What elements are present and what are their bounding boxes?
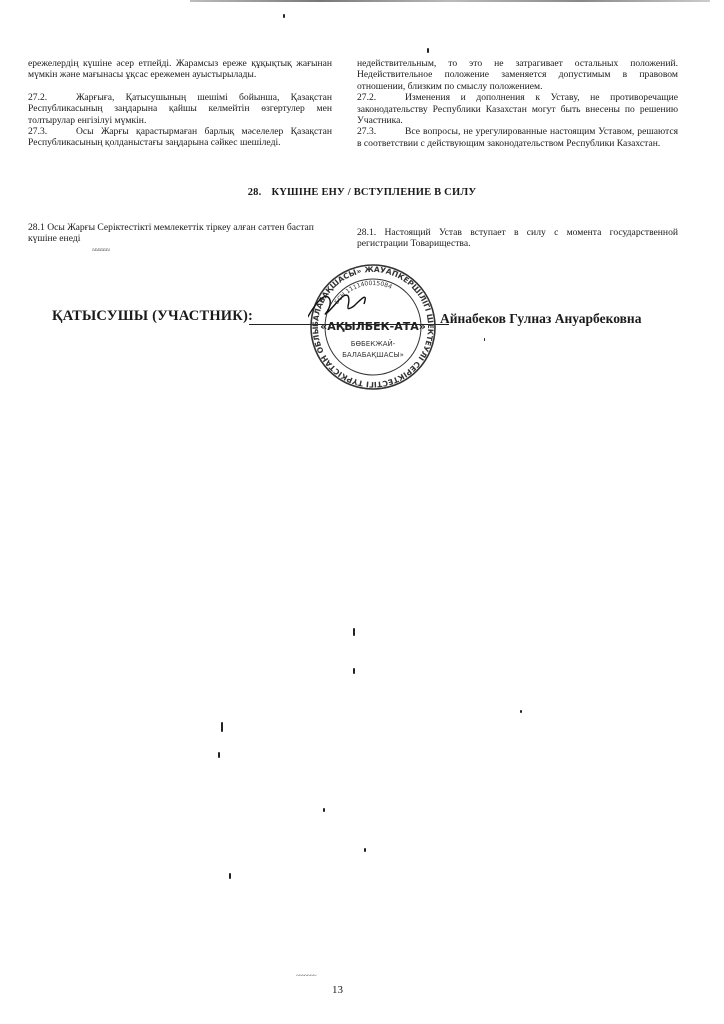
participant-name: Айнабеков Гулназ Ануарбековна bbox=[440, 311, 641, 327]
svg-text:БСН 111140015084: БСН 111140015084 bbox=[333, 280, 393, 306]
scan-speck bbox=[229, 873, 231, 879]
left-clause-27-2: 27.2.Жарғыға, Қатысушының шешімі бойынша… bbox=[28, 92, 332, 126]
page-number: 13 bbox=[332, 984, 343, 996]
scan-speck bbox=[218, 752, 220, 758]
stamp-center-line1: БӨБЕКЖАЙ- bbox=[351, 339, 396, 348]
official-stamp: БАЛАБАҚШАСЫ» ЖАУАПКЕРШІЛІГІ ШЕКТЕУЛІ СЕР… bbox=[308, 262, 438, 392]
scan-speck bbox=[427, 48, 429, 53]
left-clause-27-3: 27.3.Осы Жарғы қарастырмаған барлық мәсе… bbox=[28, 126, 332, 149]
scan-smudge: ≈≈≈≈≈≈ bbox=[92, 246, 109, 254]
stamp-center-line2: БАЛАБАҚШАСЫ» bbox=[342, 351, 404, 359]
right-continuation-text: недействительным, то это не затрагивает … bbox=[357, 58, 678, 92]
stamp-id-text: БСН 111140015084 bbox=[333, 280, 393, 306]
right-clause-28-1: 28.1. Настоящий Устав вступает в силу с … bbox=[357, 227, 678, 250]
section-number: 28. bbox=[248, 187, 262, 198]
right-clause-27-3: 27.3.Все вопросы, не урегулированные нас… bbox=[357, 126, 678, 149]
right-column-clauses-27: недействительным, то это не затрагивает … bbox=[357, 58, 678, 149]
scan-speck bbox=[353, 668, 355, 674]
participant-label: ҚАТЫСУШЫ (УЧАСТНИК): bbox=[52, 308, 253, 325]
scan-speck bbox=[323, 808, 325, 812]
right-clause-27-2: 27.2.Изменения и дополнения к Уставу, не… bbox=[357, 92, 678, 126]
scan-speck bbox=[364, 848, 366, 852]
scan-top-edge bbox=[190, 0, 710, 2]
scan-speck bbox=[484, 338, 485, 341]
section-heading: 28.КҮШІНЕ ЕНУ / ВСТУПЛЕНИЕ В СИЛУ bbox=[0, 187, 724, 198]
section-title: КҮШІНЕ ЕНУ / ВСТУПЛЕНИЕ В СИЛУ bbox=[271, 187, 476, 198]
scan-speck bbox=[353, 628, 355, 636]
scan-speck bbox=[520, 710, 522, 713]
left-continuation-text: ережелердің күшіне әсер етпейді. Жарамсы… bbox=[28, 58, 332, 81]
scan-speck bbox=[283, 14, 285, 18]
stamp-center-title: «АҚЫЛБЕК-АТА» bbox=[320, 320, 426, 333]
scan-smudge: ~~~~~~~ bbox=[296, 972, 316, 980]
left-clause-28-1: 28.1 Осы Жарғы Серіктестікті мемлекеттік… bbox=[28, 222, 332, 245]
left-column-clauses-27: ережелердің күшіне әсер етпейді. Жарамсы… bbox=[28, 58, 332, 149]
scan-speck bbox=[221, 722, 223, 732]
